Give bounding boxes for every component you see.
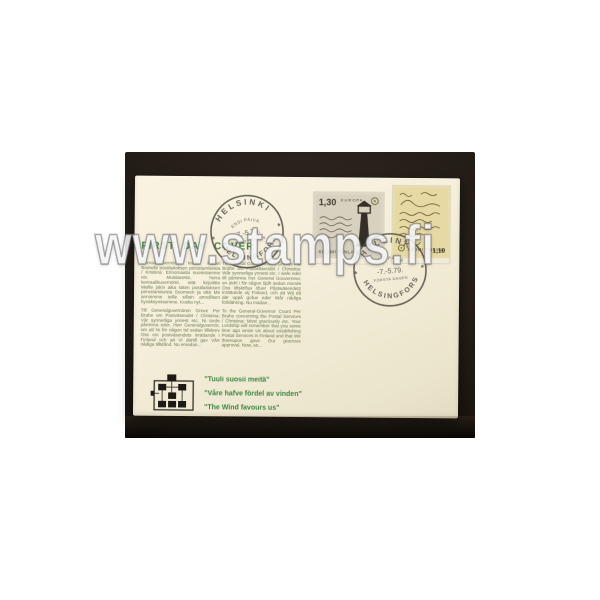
paragraph-english: To the General-Governor Count Per Brahe … bbox=[222, 309, 301, 349]
photo-floor-shadow bbox=[125, 416, 475, 438]
quote-finnish: "Tuuli suosii meitä" bbox=[204, 376, 302, 384]
cachet-emblem bbox=[150, 374, 196, 417]
stamps-fi-watermark: www.stamps.fi bbox=[95, 212, 435, 277]
quote-english: "The Wind favours us" bbox=[204, 404, 302, 412]
stamp-left-value: 1,30 bbox=[319, 197, 337, 207]
quote-swedish: "Våre hafve fördel av vinden" bbox=[204, 390, 302, 398]
postal-blocks-icon bbox=[150, 374, 196, 412]
stamp-left-series: EUROPA bbox=[341, 197, 364, 202]
paragraph-swedish-modern: Till Generalguvernören Greve Per Brahe o… bbox=[141, 308, 220, 348]
photo-backdrop: FIRST DAY COVER Kenraalikuvernööri kreiv… bbox=[125, 152, 475, 438]
wind-quotes: "Tuuli suosii meitä" "Våre hafve fördel … bbox=[204, 376, 302, 419]
